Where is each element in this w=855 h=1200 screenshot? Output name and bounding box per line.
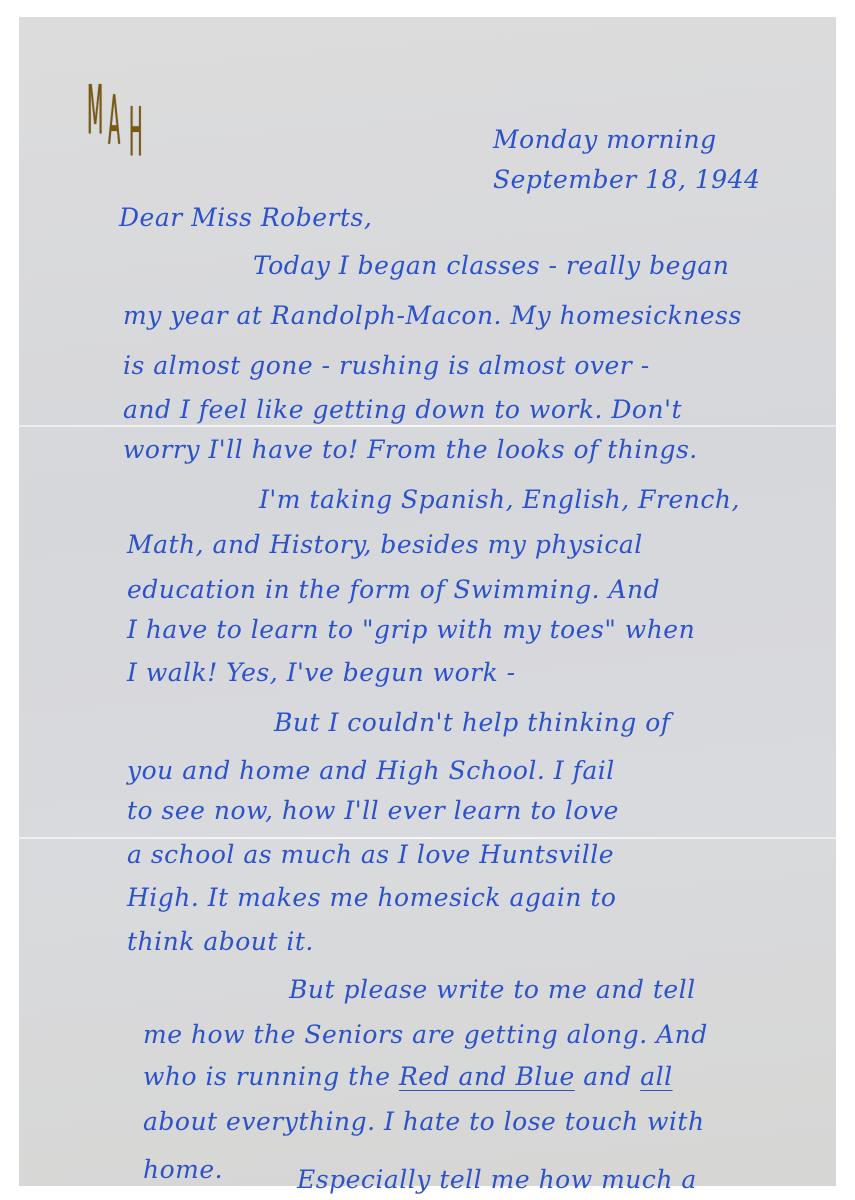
body-line: is almost gone - rushing is almost over … [123,353,650,378]
body-text: and [583,1062,632,1091]
heading-date: September 18, 1944 [493,167,761,192]
body-line: I'm taking Spanish, English, French, [259,487,740,512]
heading-day: Monday morning [493,127,717,152]
monogram-letter: A [108,87,120,155]
body-line: a school as much as I love Huntsville [127,842,614,867]
salutation: Dear Miss Roberts, [119,205,372,230]
monogram-mah: M A H [87,77,157,189]
body-line: I have to learn to "grip with my toes" w… [127,617,695,642]
body-line: But I couldn't help thinking of [274,710,671,735]
body-line: and I feel like getting down to work. Do… [123,397,682,422]
monogram-letter: H [129,99,143,167]
body-line: me how the Seniors are getting along. An… [143,1022,708,1047]
emphasized-word: all [640,1062,672,1091]
body-line: I walk! Yes, I've begun work - [127,660,516,685]
body-line: you and home and High School. I fail [127,758,615,783]
fold-line [19,837,836,839]
letter-paper: M A H Monday morning September 18, 1944 … [19,17,836,1186]
body-line: Today I began classes - really began [253,253,729,278]
body-line: think about it. [127,929,314,954]
body-line: education in the form of Swimming. And [127,577,660,602]
publication-title: Red and Blue [399,1062,575,1091]
body-line-with-underline: who is running the Red and Blue and all [143,1064,673,1089]
body-text: who is running the [143,1062,391,1091]
body-line: to see now, how I'll ever learn to love [127,798,619,823]
body-line: Especially tell me how much a [297,1167,697,1192]
body-line: But please write to me and tell [289,977,696,1002]
body-line: High. It makes me homesick again to [127,885,616,910]
body-line: my year at Randolph-Macon. My homesickne… [123,303,742,328]
monogram-letter: M [87,77,103,145]
body-line: Math, and History, besides my physical [127,532,643,557]
fold-line [19,425,836,427]
body-line: about everything. I hate to lose touch w… [143,1109,705,1134]
body-line: worry I'll have to! From the looks of th… [123,437,698,462]
body-line: home. [143,1157,223,1182]
